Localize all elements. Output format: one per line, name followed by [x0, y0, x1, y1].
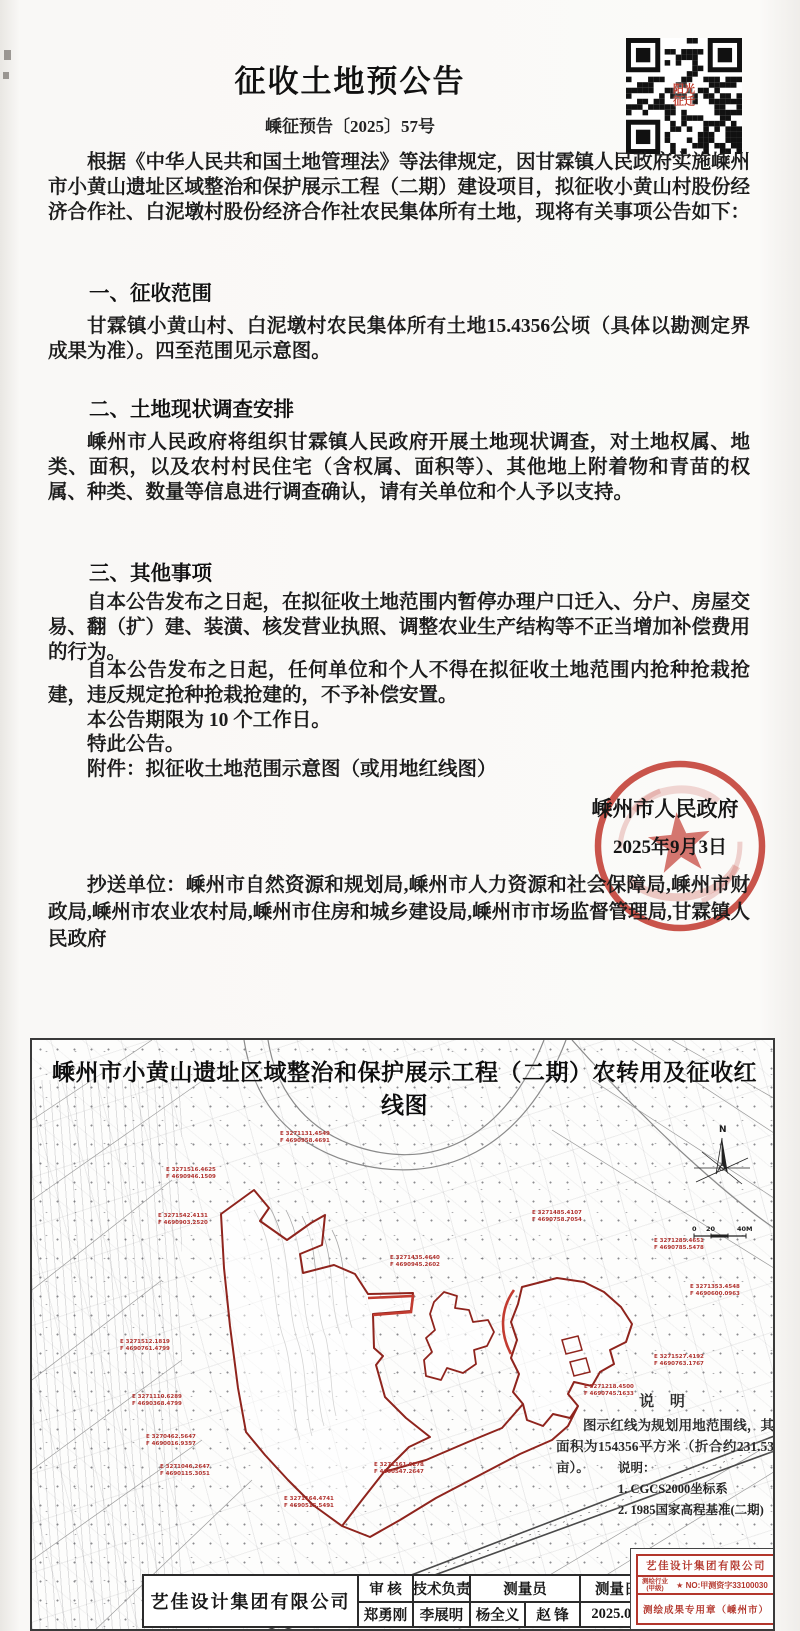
- section3-paragraph-1: 自本公告发布之日起，在拟征收土地范围内暂停办理户口迁入、分户、房屋交易、翻（扩）…: [48, 590, 750, 665]
- svg-text:0: 0: [692, 1225, 697, 1233]
- coord-label: E 3271512.1819: [120, 1339, 170, 1345]
- stamp-purpose: 测绘成果专用章（嵊州市）: [638, 1595, 774, 1623]
- issuer-name: 嵊州市人民政府: [560, 793, 770, 823]
- coord-label: F 4690785.5478: [654, 1245, 704, 1251]
- coord-label: F 4690515.5491: [284, 1503, 334, 1509]
- note-elevation-datum: 2. 1985国家高程基准(二期): [618, 1500, 774, 1521]
- cc-units: 抄送单位：嵊州市自然资源和规划局,嵊州市人力资源和社会保障局,嵊州市财政局,嵊州…: [48, 872, 750, 953]
- stamp-license-number: ★ NO:甲测资字33100030: [672, 1580, 772, 1591]
- table-tech-lead-name: 李展明: [412, 1601, 469, 1626]
- section3-paragraph-3: 本公告期限为 10 个工作日。: [48, 708, 750, 733]
- coord-label: E 3270462.5647: [146, 1434, 196, 1440]
- coord-label: F 4690547.2647: [374, 1469, 424, 1475]
- table-header-reviewer: 审 核: [357, 1576, 412, 1601]
- scale-bar: 0 20 40M: [692, 1225, 753, 1239]
- section1-body: 甘霖镇小黄山村、白泥墩村农民集体所有土地15.4356公顷（具体以勘测定界成果为…: [48, 314, 750, 364]
- table-surveyor2-name: 赵 锋: [524, 1601, 579, 1626]
- coord-label: F 4690946.1509: [166, 1174, 216, 1180]
- note-coordinate-system: 1. CGCS2000坐标系: [618, 1479, 774, 1500]
- coord-label: E 3271161.6278: [374, 1462, 424, 1468]
- map-drawing: E 3271516.4625 F 4690946.1509 E 3271542.…: [32, 1040, 775, 1631]
- paragraph-intro: 根据《中华人民共和国土地管理法》等法律规定，因甘霖镇人民政府实施嵊州市小黄山遗址…: [48, 150, 750, 225]
- scan-artifact: [4, 50, 11, 60]
- coord-label: F 4690945.2602: [390, 1262, 440, 1268]
- table-surveyor1-name: 杨全义: [469, 1601, 524, 1626]
- map-title: 嵊州市小黄山遗址区域整治和保护展示工程（二期）农转用及征收红线图: [52, 1054, 757, 1120]
- section2-body: 嵊州市人民政府将组织甘霖镇人民政府开展土地现状调查，对土地权属、地类、面积，以及…: [48, 430, 750, 505]
- scan-artifact: [3, 72, 9, 79]
- coord-label: E 3271527.4192: [654, 1354, 704, 1360]
- section3-paragraph-2: 自本公告发布之日起，任何单位和个人不得在拟征收土地范围内抢种抢栽抢建，违反规定抢…: [48, 658, 750, 708]
- table-company-name: 艺佳设计集团有限公司: [144, 1576, 357, 1626]
- surveyor-stamp: 艺佳设计集团有限公司 测绘行业(甲级) ★ NO:甲测资字33100030 测绘…: [636, 1554, 775, 1625]
- coord-label: F 4690368.4799: [132, 1401, 182, 1407]
- stamp-company: 艺佳设计集团有限公司: [638, 1556, 774, 1577]
- coord-label: E 3271285.4651: [654, 1238, 704, 1244]
- section2-heading: 二、土地现状调查安排: [48, 392, 750, 422]
- notice-doc-number: 嵊征预告〔2025〕57号: [40, 112, 660, 137]
- qr-code: 阳光征迁: [626, 38, 742, 154]
- coord-label: E 3271435.4640: [390, 1255, 440, 1261]
- section3-heading: 三、其他事项: [48, 556, 750, 586]
- issue-date: 2025年9月3日: [570, 832, 770, 859]
- svg-text:40M: 40M: [737, 1225, 753, 1233]
- coord-label: F 4690761.4799: [120, 1346, 170, 1352]
- coord-label: E 3271353.4548: [690, 1284, 740, 1290]
- redline-map: E 3271516.4625 F 4690946.1509 E 3271542.…: [30, 1038, 775, 1631]
- coord-label: E 3271131.4549: [280, 1131, 330, 1137]
- table-reviewer-name: 郑勇刚: [357, 1601, 412, 1626]
- coord-label: F 4690600.0963: [690, 1291, 740, 1297]
- coord-label: E 3271542.4131: [158, 1213, 208, 1219]
- svg-text:N: N: [719, 1125, 727, 1135]
- coord-label: E 3271164.4741: [284, 1496, 334, 1502]
- section3-paragraph-4: 特此公告。: [48, 732, 750, 757]
- notes-title: 说明：: [618, 1458, 774, 1479]
- coord-label: E 3271516.4625: [166, 1167, 216, 1173]
- coord-label: E 3271110.6289: [132, 1394, 182, 1400]
- qr-center-label: 阳光征迁: [671, 84, 696, 108]
- coord-label: F 4690958.4691: [280, 1138, 330, 1144]
- table-header-surveyor: 测量员: [469, 1576, 579, 1601]
- svg-text:20: 20: [706, 1225, 716, 1233]
- notice-title: 征收土地预公告: [40, 56, 660, 101]
- coord-label: F 4690115.3051: [160, 1471, 210, 1477]
- legend-title: 说 明: [556, 1390, 774, 1411]
- scanned-notice-page: 征收土地预公告 嵊征预告〔2025〕57号 阳光征迁 根据《中华人民共和国土地管…: [0, 0, 800, 1631]
- stamp-license-grade: 测绘行业(甲级): [640, 1578, 670, 1592]
- coord-label: F 4690016.9357: [146, 1441, 196, 1447]
- surveyor-stamp-box: 艺佳设计集团有限公司 测绘行业(甲级) ★ NO:甲测资字33100030 测绘…: [630, 1548, 775, 1631]
- coord-label: F 4690903.2520: [158, 1220, 208, 1226]
- survey-info-table: 艺佳设计集团有限公司 审 核 技术负责 测量员 测量日期 郑勇刚 李展明 杨全义…: [142, 1574, 669, 1628]
- table-header-tech-lead: 技术负责: [412, 1576, 469, 1601]
- section1-heading: 一、征收范围: [48, 276, 750, 306]
- coord-label: E 3271485.4107: [532, 1210, 582, 1216]
- map-notes: 说明： 1. CGCS2000坐标系 2. 1985国家高程基准(二期): [618, 1458, 774, 1521]
- coord-label: E 3271046.2647: [160, 1464, 210, 1470]
- notice-document: 征收土地预公告 嵊征预告〔2025〕57号 阳光征迁 根据《中华人民共和国土地管…: [0, 0, 800, 1000]
- coord-label: F 4690758.7054: [532, 1217, 582, 1223]
- coord-label: F 4690763.1767: [654, 1361, 704, 1367]
- north-arrow-icon: N: [694, 1125, 750, 1184]
